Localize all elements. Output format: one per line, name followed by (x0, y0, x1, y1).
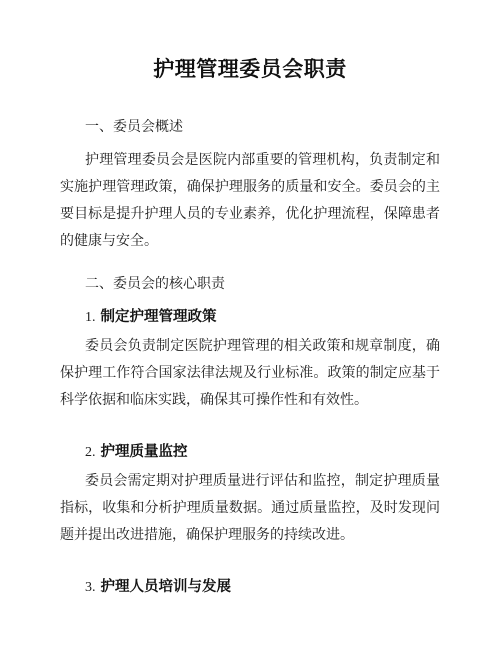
document-title: 护理管理委员会职责 (60, 56, 440, 84)
subsection-training: 3.护理人员培训与发展 (60, 574, 440, 601)
document-page: 护理管理委员会职责 一、委员会概述 护理管理委员会是医院内部重要的管理机构，负责… (0, 0, 500, 647)
subsection-policy-paragraph: 委员会负责制定医院护理管理的相关政策和规章制度，确保护理工作符合国家法律法规及行… (60, 333, 440, 414)
section-core-duties-heading: 二、委员会的核心职责 (60, 271, 440, 298)
subsection-policy-title: 制定护理管理政策 (101, 309, 217, 325)
subsection-policy-heading: 1.制定护理管理政策 (60, 304, 440, 331)
subsection-quality-number: 2. (85, 445, 96, 460)
subsection-quality-paragraph: 委员会需定期对护理质量进行评估和监控，制定护理质量指标，收集和分析护理质量数据。… (60, 468, 440, 549)
section-overview: 一、委员会概述 护理管理委员会是医院内部重要的管理机构，负责制定和实施护理管理政… (60, 114, 440, 255)
subsection-training-title: 护理人员培训与发展 (101, 579, 232, 595)
subsection-policy: 1.制定护理管理政策 委员会负责制定医院护理管理的相关政策和规章制度，确保护理工… (60, 304, 440, 414)
subsection-training-number: 3. (85, 580, 96, 595)
subsection-quality: 2.护理质量监控 委员会需定期对护理质量进行评估和监控，制定护理质量指标，收集和… (60, 439, 440, 549)
section-overview-paragraph: 护理管理委员会是医院内部重要的管理机构，负责制定和实施护理管理政策，确保护理服务… (60, 147, 440, 255)
section-core-duties: 二、委员会的核心职责 1.制定护理管理政策 委员会负责制定医院护理管理的相关政策… (60, 271, 440, 601)
section-overview-heading: 一、委员会概述 (60, 114, 440, 141)
subsection-policy-number: 1. (85, 310, 96, 325)
subsection-quality-heading: 2.护理质量监控 (60, 439, 440, 466)
subsection-quality-title: 护理质量监控 (101, 444, 188, 460)
subsection-training-heading: 3.护理人员培训与发展 (60, 574, 440, 601)
